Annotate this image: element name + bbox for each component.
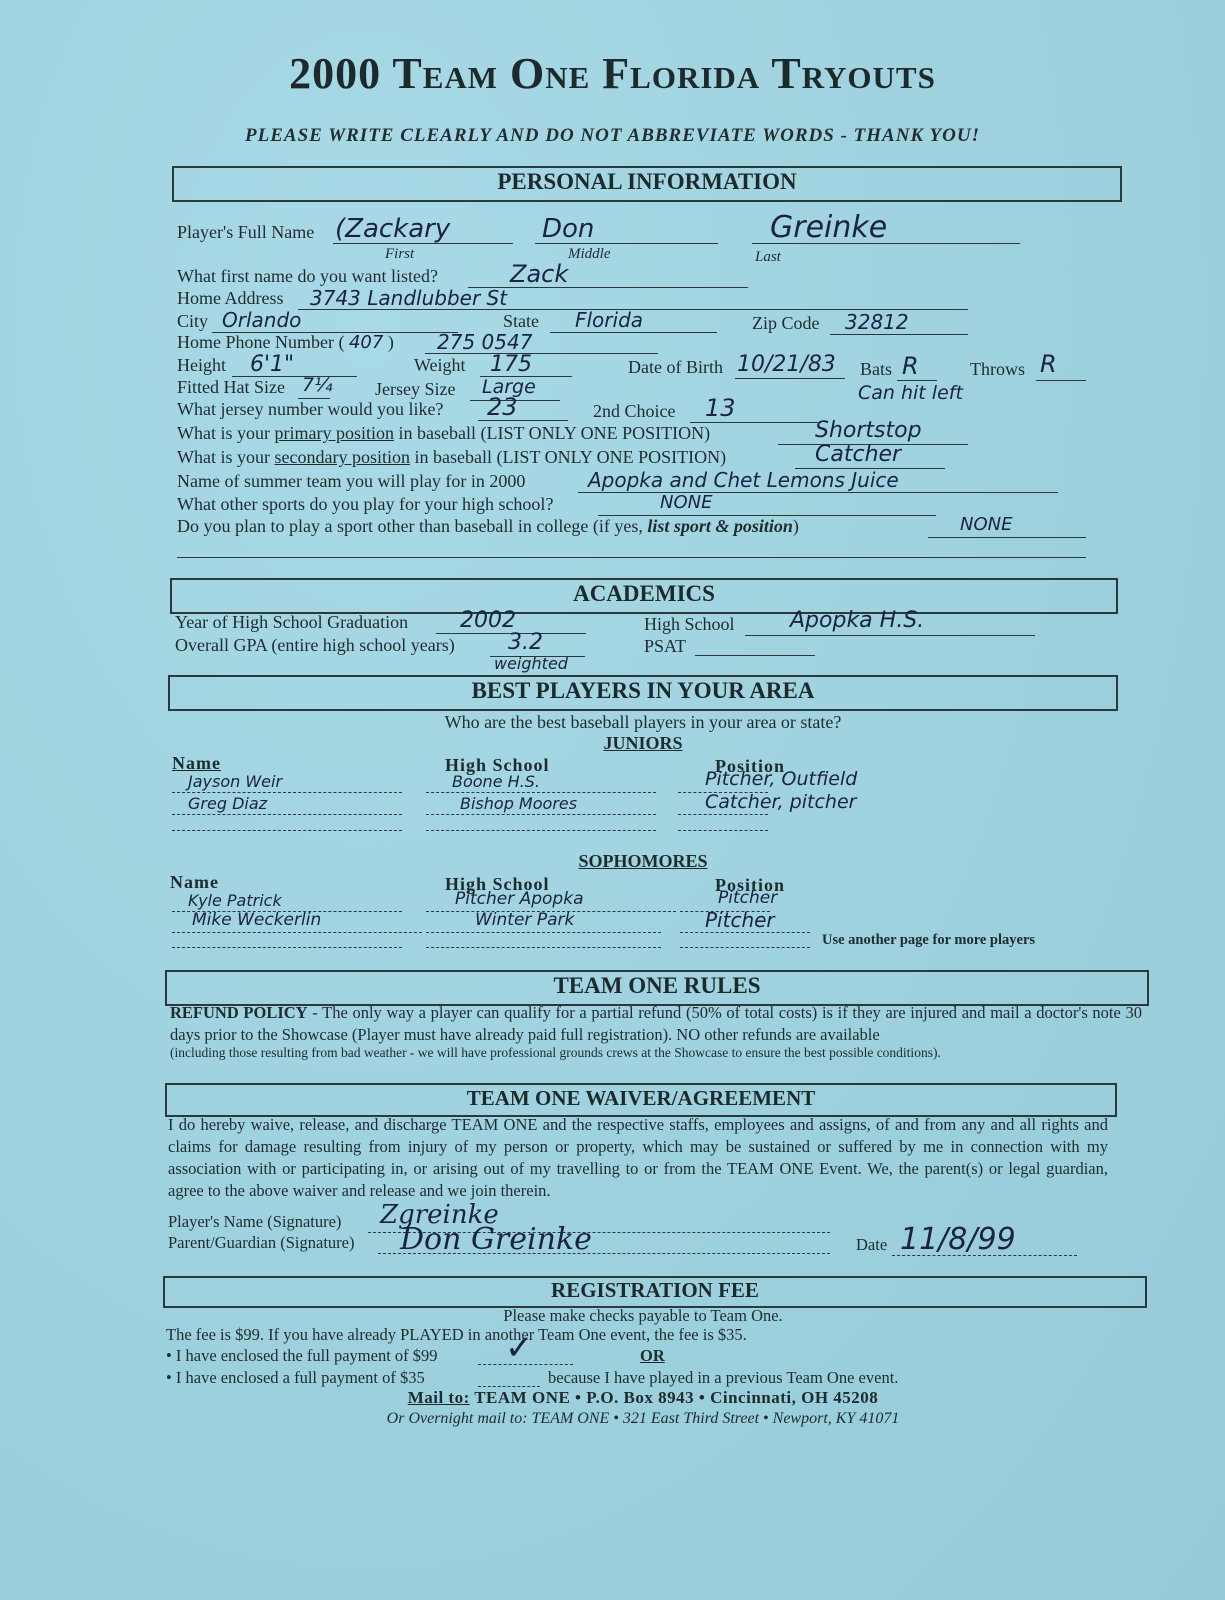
listed-name-label: What first name do you want listed? <box>177 266 438 287</box>
junior-2-school-line <box>426 814 656 815</box>
option-35-label: • I have enclosed a full payment of $35 <box>166 1368 425 1388</box>
sophomore-2-school[interactable]: Winter Park <box>475 910 574 930</box>
middle-caption: Middle <box>568 246 611 263</box>
listed-name-field[interactable]: Zack <box>510 260 568 288</box>
section-header-fee: REGISTRATION FEE <box>163 1276 1147 1308</box>
section-header-waiver: TEAM ONE WAIVER/AGREEMENT <box>165 1083 1117 1117</box>
sophomore-1-name[interactable]: Kyle Patrick <box>188 891 282 910</box>
primary-position-field[interactable]: Shortstop <box>815 418 922 443</box>
junior-1-name[interactable]: Jayson Weir <box>188 772 282 791</box>
high-school-label: High School <box>644 614 735 635</box>
best-players-question: Who are the best baseball players in you… <box>0 712 1225 733</box>
jersey-size-label: Jersey Size <box>375 379 455 400</box>
second-choice-field[interactable]: 13 <box>705 394 736 422</box>
bats-note: Can hit left <box>858 382 963 404</box>
date-field[interactable]: 11/8/99 <box>900 1222 1016 1257</box>
college-field[interactable]: NONE <box>960 514 1012 535</box>
sophomores-col-name: Name <box>170 872 219 893</box>
sophomore-1-school[interactable]: Pitcher Apopka <box>455 889 584 909</box>
junior-1-position[interactable]: Pitcher, Outfield <box>705 768 857 790</box>
sophomore-2-position[interactable]: Pitcher <box>705 908 775 932</box>
city-field[interactable]: Orlando <box>222 308 301 332</box>
bats-field[interactable]: R <box>902 352 919 380</box>
dob-line <box>735 378 845 379</box>
section-header-best-players: BEST PLAYERS IN YOUR AREA <box>168 675 1118 711</box>
throws-label: Throws <box>970 359 1025 380</box>
zip-line <box>830 334 968 335</box>
zip-field[interactable]: 32812 <box>845 310 909 334</box>
full-name-label: Player's Full Name <box>177 222 314 243</box>
section-header-academics: ACADEMICS <box>170 578 1118 614</box>
secondary-label-post: in baseball (LIST ONLY ONE POSITION) <box>410 447 726 467</box>
junior-1-name-line <box>172 792 402 793</box>
weight-field[interactable]: 175 <box>490 352 532 377</box>
primary-label-underlined: primary position <box>274 423 394 443</box>
junior-3-position-line <box>678 830 768 831</box>
more-players-note: Use another page for more players <box>822 932 1035 949</box>
state-label: State <box>503 311 539 332</box>
state-field[interactable]: Florida <box>575 308 643 332</box>
zip-label: Zip Code <box>752 313 820 334</box>
college-label-post: ) <box>793 516 799 536</box>
city-label: City <box>177 311 208 332</box>
date-label: Date <box>856 1235 887 1255</box>
sophomores-heading: SOPHOMORES <box>0 851 1225 872</box>
sophomore-3-name-line <box>172 947 402 948</box>
juniors-col-name: Name <box>172 753 221 774</box>
hat-size-label: Fitted Hat Size <box>177 377 285 398</box>
summer-team-label: Name of summer team you will play for in… <box>177 471 525 492</box>
secondary-position-field[interactable]: Catcher <box>815 442 901 467</box>
mail-to-address: TEAM ONE • P.O. Box 8943 • Cincinnati, O… <box>474 1388 878 1407</box>
sophomore-1-position[interactable]: Pitcher <box>718 888 777 908</box>
juniors-heading: JUNIORS <box>0 733 1225 754</box>
parent-signature[interactable]: Don Greinke <box>400 1222 592 1257</box>
junior-2-school[interactable]: Bishop Moores <box>460 794 577 813</box>
jersey-number-label: What jersey number would you like? <box>177 399 443 420</box>
last-name-field[interactable]: Greinke <box>770 210 887 245</box>
first-name-field[interactable]: (Zackary <box>335 214 450 244</box>
high-school-field[interactable]: Apopka H.S. <box>790 608 924 633</box>
height-label: Height <box>177 355 226 376</box>
option-35-reason: because I have played in a previous Team… <box>548 1368 898 1388</box>
phone-field[interactable]: 275 0547 <box>437 330 532 354</box>
refund-policy-text: - The only way a player can qualify for … <box>170 1003 1142 1044</box>
sophomore-2-position-line <box>680 932 810 933</box>
summer-team-field[interactable]: Apopka and Chet Lemons Juice <box>588 468 899 492</box>
throws-line <box>1036 380 1086 381</box>
primary-label-pre: What is your <box>177 423 274 443</box>
weight-label: Weight <box>414 355 466 376</box>
or-text: OR <box>640 1346 665 1366</box>
form-title: 2000 Team One Florida Tryouts <box>0 48 1225 99</box>
other-sports-field[interactable]: NONE <box>660 492 712 513</box>
junior-2-name-line <box>172 814 402 815</box>
form-instructions: PLEASE WRITE CLEARLY AND DO NOT ABBREVIA… <box>0 125 1225 147</box>
sophomore-2-name[interactable]: Mike Weckerlin <box>192 910 321 930</box>
high-school-line <box>745 635 1035 636</box>
parent-signature-label: Parent/Guardian (Signature) <box>168 1233 354 1253</box>
junior-2-position[interactable]: Catcher, pitcher <box>705 791 856 813</box>
section-header-rules: TEAM ONE RULES <box>165 970 1149 1006</box>
phone-label-close: ) <box>388 332 394 352</box>
sophomore-3-school-line <box>426 947 661 948</box>
height-field[interactable]: 6'1" <box>250 352 294 377</box>
overnight-mail-address: Or Overnight mail to: TEAM ONE • 321 Eas… <box>0 1410 1225 1428</box>
junior-1-school-line <box>426 792 656 793</box>
mail-to-label: Mail to: <box>408 1388 470 1407</box>
junior-2-position-line <box>678 814 768 815</box>
second-choice-label: 2nd Choice <box>593 401 676 422</box>
player-signature-label: Player's Name (Signature) <box>168 1212 341 1232</box>
summer-team-line <box>578 492 1058 493</box>
state-line <box>550 332 717 333</box>
refund-policy-note: (including those resulting from bad weat… <box>170 1045 1142 1061</box>
section-header-personal: PERSONAL INFORMATION <box>172 166 1122 202</box>
middle-name-field[interactable]: Don <box>542 214 594 244</box>
sophomore-3-position-line <box>680 947 810 948</box>
last-caption: Last <box>755 249 781 266</box>
other-sports-label: What other sports do you play for your h… <box>177 494 553 515</box>
college-label-pre: Do you plan to play a sport other than b… <box>177 516 647 536</box>
bats-line <box>897 380 937 381</box>
college-label-italic: list sport & position <box>647 516 793 536</box>
address-label: Home Address <box>177 288 284 309</box>
bats-label: Bats <box>860 359 892 380</box>
junior-1-school[interactable]: Boone H.S. <box>452 772 540 791</box>
psat-line <box>695 655 815 656</box>
college-line <box>928 537 1086 538</box>
junior-3-name-line <box>172 830 402 831</box>
address-field[interactable]: 3743 Landlubber St <box>310 286 507 310</box>
first-caption: First <box>385 246 414 263</box>
option-35-line[interactable] <box>478 1386 540 1387</box>
waiver-text: I do hereby waive, release, and discharg… <box>168 1114 1108 1202</box>
refund-policy-label: REFUND POLICY <box>170 1003 308 1022</box>
psat-label: PSAT <box>644 636 686 657</box>
college-continuation-line <box>177 557 1086 558</box>
secondary-label-pre: What is your <box>177 447 274 467</box>
phone-area-field[interactable]: 407 <box>349 332 383 353</box>
gpa-label: Overall GPA (entire high school years) <box>175 635 455 656</box>
hat-size-field[interactable]: 7¼ <box>302 374 333 396</box>
checks-payable-text: Please make checks payable to Team One. <box>0 1306 1225 1326</box>
secondary-label-underlined: secondary position <box>274 447 409 467</box>
gpa-note: weighted <box>494 654 568 673</box>
sophomore-2-name-line <box>172 932 422 933</box>
junior-2-name[interactable]: Greg Diaz <box>188 794 267 813</box>
fee-text: The fee is $99. If you have already PLAY… <box>166 1325 747 1345</box>
primary-label-post: in baseball (LIST ONLY ONE POSITION) <box>394 423 710 443</box>
option-full-payment-label: • I have enclosed the full payment of $9… <box>166 1346 438 1366</box>
jersey-number-field[interactable]: 23 <box>487 393 518 421</box>
junior-3-school-line <box>426 830 656 831</box>
sophomore-2-school-line <box>426 932 661 933</box>
phone-label: Home Phone Number ( <box>177 332 344 352</box>
dob-field[interactable]: 10/21/83 <box>737 352 836 377</box>
graduation-label: Year of High School Graduation <box>175 612 408 633</box>
dob-label: Date of Birth <box>628 357 723 378</box>
gpa-field[interactable]: 3.2 <box>508 630 543 655</box>
option-full-payment-checkmark[interactable]: ✓ <box>505 1328 534 1368</box>
throws-field[interactable]: R <box>1040 350 1057 378</box>
